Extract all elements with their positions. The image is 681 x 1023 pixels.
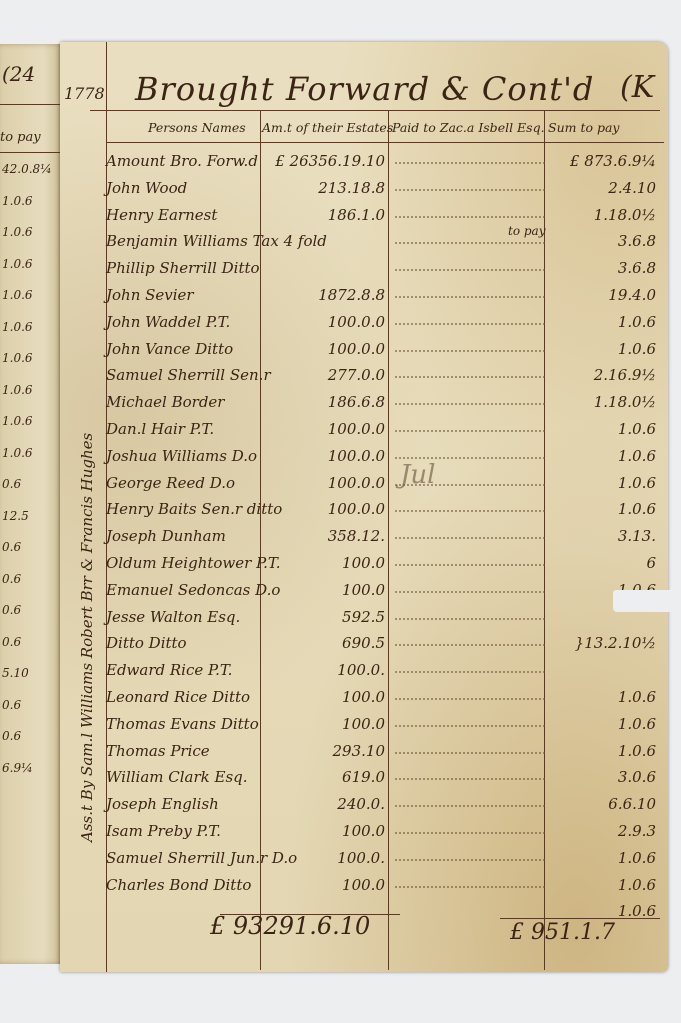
total-estate-amount: £ 93291.6.10 [210, 912, 370, 940]
table-row: Oldum Heightower P.T.100.06 [60, 554, 668, 578]
dot-leader [395, 323, 545, 325]
estate-amount: 358.12. [260, 527, 385, 545]
estate-amount: 100.0 [260, 581, 385, 599]
person-name: Jesse Walton Esq. [106, 608, 240, 626]
dot-leader [395, 591, 545, 593]
left-page-value: 1.0.6 [2, 351, 33, 365]
column-header-sum: Sum to pay [548, 120, 619, 135]
column-header-estates: Am.t of their Estates [262, 120, 393, 135]
estate-amount: 100.0.0 [260, 313, 385, 331]
dot-leader [395, 778, 545, 780]
dot-leader [395, 376, 545, 378]
header-rule [90, 110, 660, 111]
sum-to-pay: 19.4.0 [538, 286, 656, 304]
table-row: Emanuel Sedoncas D.o100.01.0.6 [60, 581, 668, 605]
table-row: Michael Border186.6.81.18.0½ [60, 393, 668, 417]
sum-to-pay: 1.0.6 [538, 849, 656, 867]
estate-amount: 186.6.8 [260, 393, 385, 411]
table-row: Benjamin Williams Tax 4 fold3.6.8 [60, 232, 668, 256]
person-name: Michael Border [106, 393, 224, 411]
page-title: Brought Forward & Cont'd [135, 70, 594, 108]
table-row: Ditto Ditto690.5}13.2.10½ [60, 634, 668, 658]
person-name: Joshua Williams D.o [106, 447, 257, 465]
person-name: Leonard Rice Ditto [106, 688, 250, 706]
estate-amount: 100.0. [260, 849, 385, 867]
person-name: Henry Earnest [106, 206, 217, 224]
left-page-value: 1.0.6 [2, 414, 33, 428]
paper-tear [613, 590, 681, 612]
person-name: John Waddel P.T. [106, 313, 230, 331]
table-row: Henry Baits Sen.r ditto100.0.01.0.6 [60, 500, 668, 524]
column-header-paid: Paid to Zac.a Isbell Esq. [392, 120, 545, 135]
person-name: Thomas Price [106, 742, 210, 760]
left-page-value: 0.6 [2, 540, 21, 554]
sum-to-pay: 2.16.9½ [538, 366, 656, 384]
sum-to-pay: }13.2.10½ [538, 634, 656, 652]
table-row: William Clark Esq.619.03.0.6 [60, 768, 668, 792]
column-header-names: Persons Names [148, 120, 246, 135]
divider [0, 104, 60, 105]
left-page-value: 1.0.6 [2, 288, 33, 302]
table-row: John Sevier1872.8.819.4.0 [60, 286, 668, 310]
left-page-value: 0.6 [2, 603, 21, 617]
left-page-value: 42.0.8¼ [2, 162, 52, 176]
person-name: John Wood [106, 179, 187, 197]
estate-amount: 1872.8.8 [260, 286, 385, 304]
table-row: Edward Rice P.T.100.0. [60, 661, 668, 685]
sum-to-pay: 3.13. [538, 527, 656, 545]
estate-amount: 277.0.0 [260, 366, 385, 384]
sum-to-pay: 1.0.6 [538, 313, 656, 331]
sum-to-pay: 1.0.6 [538, 420, 656, 438]
table-row: Samuel Sherrill Sen.r277.0.02.16.9½ [60, 366, 668, 390]
estate-amount: 240.0. [260, 795, 385, 813]
person-name: Benjamin Williams Tax 4 fold [106, 232, 327, 250]
left-page-fragment: (24 to pay 42.0.8¼1.0.61.0.61.0.61.0.61.… [0, 44, 62, 964]
person-name: Charles Bond Ditto [106, 876, 251, 894]
left-page-value: 0.6 [2, 698, 21, 712]
table-row: Dan.l Hair P.T.100.0.01.0.6 [60, 420, 668, 444]
table-row: Samuel Sherrill Jun.r D.o100.0.1.0.6 [60, 849, 668, 873]
table-row: Amount Bro. Forw.d£ 26356.19.10£ 873.6.9… [60, 152, 668, 176]
table-row: Thomas Evans Ditto100.01.0.6 [60, 715, 668, 739]
year-label: 1778 [64, 84, 105, 103]
table-row: Charles Bond Ditto100.01.0.6 [60, 876, 668, 900]
person-name: John Vance Ditto [106, 340, 233, 358]
dot-leader [395, 618, 545, 620]
left-page-value: 0.6 [2, 729, 21, 743]
dot-leader [395, 269, 545, 271]
estate-amount: 100.0 [260, 688, 385, 706]
sum-to-pay: 1.0.6 [538, 474, 656, 492]
sum-to-pay: 2.4.10 [538, 179, 656, 197]
dot-leader [395, 430, 545, 432]
estate-amount: 186.1.0 [260, 206, 385, 224]
dot-leader [395, 350, 545, 352]
left-page-value: 0.6 [2, 477, 21, 491]
header-rule [106, 142, 664, 143]
dot-leader [395, 832, 545, 834]
left-page-value: 1.0.6 [2, 320, 33, 334]
dot-leader [395, 403, 545, 405]
estate-amount: 100.0 [260, 554, 385, 572]
person-name: Edward Rice P.T. [106, 661, 232, 679]
left-page-value: 1.0.6 [2, 446, 33, 460]
table-row: John Wood213.18.82.4.10 [60, 179, 668, 203]
person-name: Joseph Dunham [106, 527, 226, 545]
sum-to-pay: 1.0.6 [538, 688, 656, 706]
left-page-value: 1.0.6 [2, 383, 33, 397]
sum-to-pay: 6.6.10 [538, 795, 656, 813]
person-name: Ditto Ditto [106, 634, 187, 652]
sum-to-pay: £ 873.6.9¼ [538, 152, 656, 170]
person-name: Thomas Evans Ditto [106, 715, 259, 733]
sum-to-pay: 3.6.8 [538, 259, 656, 277]
estate-amount: 100.0.0 [260, 420, 385, 438]
dot-leader [395, 484, 545, 486]
sum-to-pay: 1.18.0½ [538, 393, 656, 411]
left-page-value: 1.0.6 [2, 257, 33, 271]
left-page-value: 0.6 [2, 635, 21, 649]
dot-leader [395, 698, 545, 700]
sum-to-pay: 6 [538, 554, 656, 572]
dot-leader [395, 725, 545, 727]
dot-leader [395, 242, 545, 244]
estate-amount: 100.0.0 [260, 474, 385, 492]
dot-leader [395, 886, 545, 888]
person-name: Isam Preby P.T. [106, 822, 221, 840]
table-row: Isam Preby P.T.100.02.9.3 [60, 822, 668, 846]
sum-to-pay: 3.0.6 [538, 768, 656, 786]
dot-leader [395, 162, 545, 164]
dot-leader [395, 537, 545, 539]
dot-leader [395, 752, 545, 754]
table-row: Joseph English240.0.6.6.10 [60, 795, 668, 819]
dot-leader [395, 671, 545, 673]
dot-leader [395, 189, 545, 191]
person-name: William Clark Esq. [106, 768, 248, 786]
person-name: Samuel Sherrill Sen.r [106, 366, 271, 384]
sum-to-pay: 3.6.8 [538, 232, 656, 250]
table-row: Joseph Dunham358.12.3.13. [60, 527, 668, 551]
estate-amount: 100.0 [260, 715, 385, 733]
dot-leader [395, 510, 545, 512]
dot-leader [395, 644, 545, 646]
estate-amount: 293.10 [260, 742, 385, 760]
estate-amount: 100.0 [260, 822, 385, 840]
table-row: George Reed D.o100.0.01.0.6 [60, 474, 668, 498]
left-column-header: to pay [0, 130, 41, 145]
left-page-number: (24 [2, 62, 35, 86]
table-row: Joshua Williams D.o100.0.01.0.6 [60, 447, 668, 471]
divider [0, 152, 60, 153]
left-page-value: 12.5 [2, 509, 29, 523]
total-rule [500, 918, 660, 919]
table-row: Henry Earnest186.1.01.18.0½ [60, 206, 668, 230]
sum-to-pay: 1.0.6 [538, 715, 656, 733]
estate-amount: 100.0.0 [260, 340, 385, 358]
person-name: Emanuel Sedoncas D.o [106, 581, 280, 599]
estate-amount: 100.0.0 [260, 500, 385, 518]
dot-leader [395, 457, 545, 459]
estate-amount: 100.0 [260, 876, 385, 894]
table-row: Leonard Rice Ditto100.01.0.6 [60, 688, 668, 712]
left-page-value: 5.10 [2, 666, 29, 680]
person-name: Amount Bro. Forw.d [106, 152, 258, 170]
estate-amount: £ 26356.19.10 [260, 152, 385, 170]
estate-amount: 690.5 [260, 634, 385, 652]
left-page-value: 0.6 [2, 572, 21, 586]
person-name: John Sevier [106, 286, 194, 304]
sum-to-pay: 1.0.6 [538, 876, 656, 894]
person-name: Phillip Sherrill Ditto [106, 259, 260, 277]
ledger-page: 1778 Brought Forward & Cont'd (K Persons… [60, 42, 668, 972]
table-row: Phillip Sherrill Ditto3.6.8 [60, 259, 668, 283]
page-mark: (K [620, 70, 654, 105]
dot-leader [395, 296, 545, 298]
estate-amount: 592.5 [260, 608, 385, 626]
person-name: Oldum Heightower P.T. [106, 554, 280, 572]
person-name: George Reed D.o [106, 474, 235, 492]
left-page-value: 6.9¼ [2, 761, 33, 775]
sum-to-pay: 2.9.3 [538, 822, 656, 840]
estate-amount: 100.0.0 [260, 447, 385, 465]
dot-leader [395, 805, 545, 807]
sum-to-pay: 1.0.6 [538, 447, 656, 465]
table-row: John Vance Ditto100.0.01.0.6 [60, 340, 668, 364]
sum-to-pay: 1.18.0½ [538, 206, 656, 224]
dot-leader [395, 859, 545, 861]
left-page-value: 1.0.6 [2, 194, 33, 208]
estate-amount: 619.0 [260, 768, 385, 786]
table-row: Thomas Price293.101.0.6 [60, 742, 668, 766]
dot-leader [395, 216, 545, 218]
sum-to-pay: 1.0.6 [538, 500, 656, 518]
sum-to-pay: 1.0.6 [538, 742, 656, 760]
person-name: Joseph English [106, 795, 219, 813]
person-name: Dan.l Hair P.T. [106, 420, 214, 438]
dot-leader [395, 564, 545, 566]
estate-amount: 100.0. [260, 661, 385, 679]
person-name: Henry Baits Sen.r ditto [106, 500, 282, 518]
left-page-value: 1.0.6 [2, 225, 33, 239]
sum-to-pay: 1.0.6 [538, 340, 656, 358]
table-row: Jesse Walton Esq.592.5 [60, 608, 668, 632]
table-row: John Waddel P.T.100.0.01.0.6 [60, 313, 668, 337]
estate-amount: 213.18.8 [260, 179, 385, 197]
total-sum-to-pay: £ 951.1.7 [510, 920, 615, 945]
